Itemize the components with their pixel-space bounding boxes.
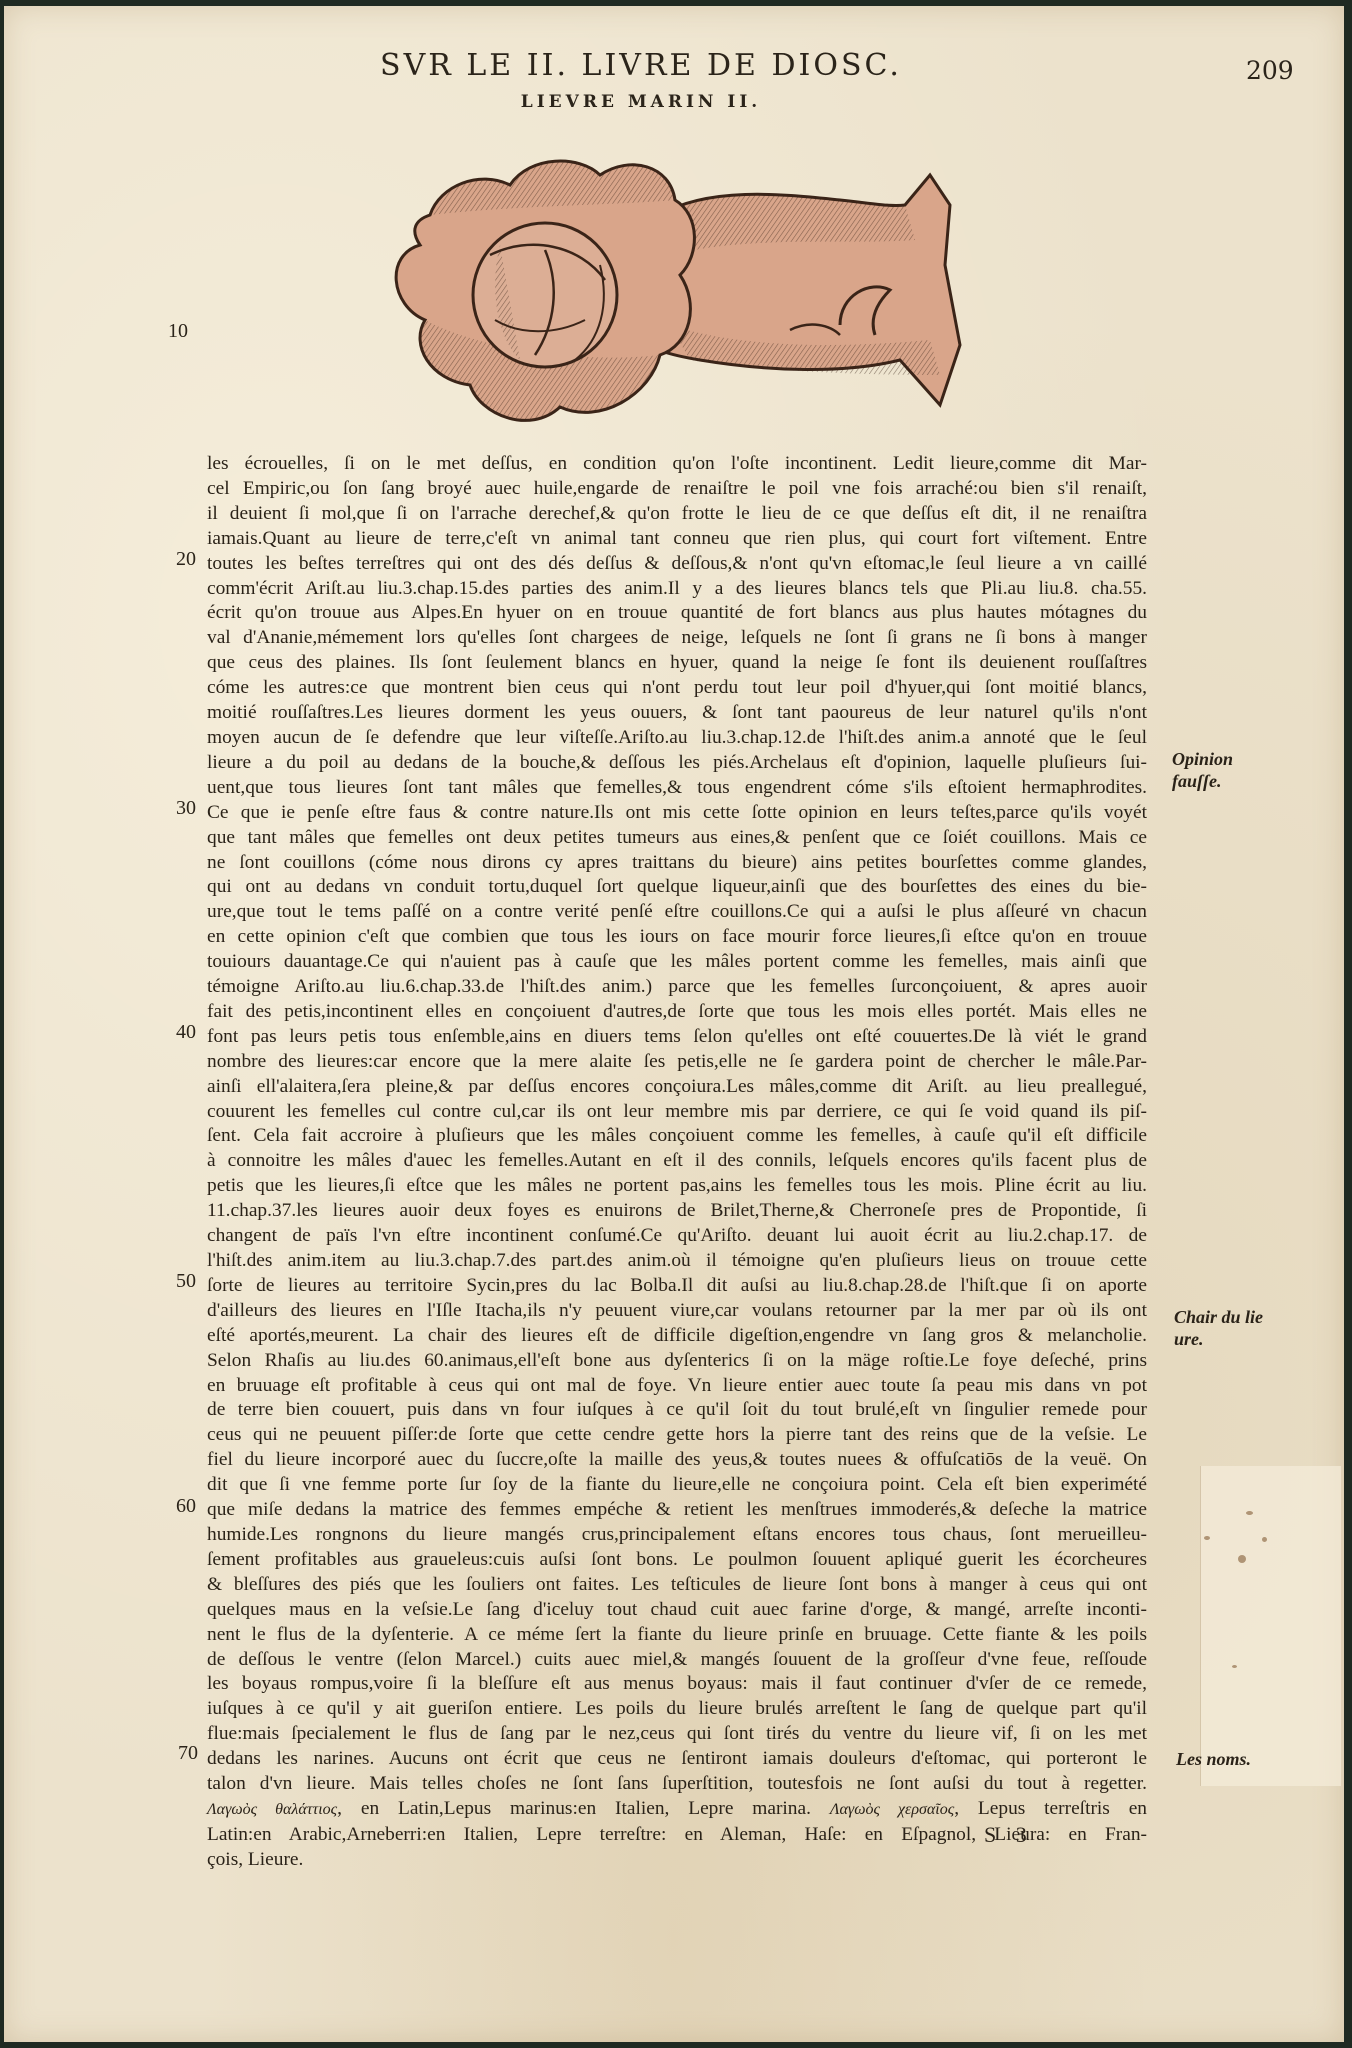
text-line: les boyaus rompus,voire ſi la bleſſure e…: [207, 1672, 1147, 1697]
greek-name: Λαγωὸς χερσαῖος: [830, 1801, 954, 1818]
text-line: nent le flus de la dyſenterie. A ce méme…: [207, 1623, 1147, 1648]
text-line: ſorte de lieures au territoire Sycin,pre…: [207, 1274, 1147, 1299]
text-line: fait des petis,incontinent elles en conç…: [207, 1000, 1147, 1025]
foxing-spot: [1246, 1511, 1253, 1515]
text-line: ſement profitables aus graueleus:cuis au…: [207, 1548, 1147, 1573]
text-line: comm'écrit Ariſt.au liu.3.chap.15.des pa…: [207, 577, 1147, 602]
text-line: & bleſſures des piés que les ſouliers on…: [207, 1573, 1147, 1598]
text-line: de deſſous le ventre (ſelon Marcel.) cui…: [207, 1648, 1147, 1673]
foxing-spot: [1232, 1665, 1237, 1668]
text-line: quelques maus en la veſsie.Le ſang d'ice…: [207, 1598, 1147, 1623]
text-line: petis que les lieures,ſi eſtce que les m…: [207, 1174, 1147, 1199]
signature-mark: S 3: [984, 1822, 1027, 1848]
text-line: que tant mâles que femelles ont deux pet…: [207, 826, 1147, 851]
text-line: talon d'vn lieure. Mais telles choſes ne…: [207, 1772, 1147, 1797]
names-line: çois, Lieure.: [207, 1848, 1147, 1873]
text-line: fiel du lieure incorporé auec du ſuccre,…: [207, 1448, 1147, 1473]
margin-line-number: 70: [178, 1742, 198, 1765]
text-line: ainſi ell'alaitera,ſera pleine,& par deſ…: [207, 1075, 1147, 1100]
text-line: dit que ſi vne femme porte ſur ſoy de la…: [207, 1473, 1147, 1498]
text-line: eſté aportés,meurent. La chair des lieur…: [207, 1324, 1147, 1349]
text-line: en cette opinion c'eſt que combien que t…: [207, 925, 1147, 950]
text-line: dedans les narines. Aucuns ont écrit que…: [207, 1747, 1147, 1772]
names-line: Λαγωὸς θαλάττιος, en Latin,Lepus marinus…: [207, 1797, 1147, 1823]
foxing-spot: [1204, 1536, 1210, 1540]
text-line: à connoitre les mâles d'auec les femelle…: [207, 1149, 1147, 1174]
foxing-spot: [1238, 1555, 1246, 1563]
text-line: témoigne Ariſto.au liu.6.chap.33.de l'hi…: [207, 975, 1147, 1000]
margin-line-number: 10: [168, 320, 188, 343]
sea-hare-woodcut-illustration: [370, 145, 970, 435]
text-line: touiours dauantage.Ce qui n'auient pas à…: [207, 950, 1147, 975]
margin-line-number: 30: [176, 797, 196, 820]
text-line: iuſques à ce qu'il y ait gueriſon entier…: [207, 1697, 1147, 1722]
margin-line-number: 40: [176, 1021, 196, 1044]
text-line: ſent. Cela fait accroire à pluſieurs que…: [207, 1124, 1147, 1149]
text-line: il deuient ſi mol,que ſi on l'arrache de…: [207, 502, 1147, 527]
text-line: lieure a du poil au dedans de la bouche,…: [207, 751, 1147, 776]
side-note-chair: Chair du lie ure.: [1174, 1306, 1263, 1350]
text-line: Ce que ie penſe eſtre faus & contre natu…: [207, 801, 1147, 826]
text-line: cóme les autres:ce que montrent bien ceu…: [207, 676, 1147, 701]
text-line: 11.chap.37.les lieures auoir deux foyes …: [207, 1199, 1147, 1224]
text-line: en bruuage eſt profitable à ceus qui ont…: [207, 1374, 1147, 1399]
text-line: cel Empiric,ou ſon ſang broyé auec huile…: [207, 477, 1147, 502]
text-line: ne ſont couillons (cóme nous dirons cy a…: [207, 851, 1147, 876]
text-line: ceus qui ne peuuent piſſer:de ſorte que …: [207, 1423, 1147, 1448]
text-line: humide.Les rongnons du lieure mangés cru…: [207, 1523, 1147, 1548]
body-text: les écrouelles, ſi on le met deſſus, en …: [207, 452, 1147, 1873]
text-line: toutes les beſtes terreſtres qui ont des…: [207, 552, 1147, 577]
side-note-noms: Les noms.: [1176, 1748, 1251, 1770]
text-line: uent,que tous lieures ſont tant mâles qu…: [207, 776, 1147, 801]
text-line: ure,que tout le tems paſſé on a contre v…: [207, 900, 1147, 925]
text-line: changent de païs l'vn eſtre incontinent …: [207, 1224, 1147, 1249]
text-line: flue:mais ſpecialement le flus de ſang p…: [207, 1722, 1147, 1747]
margin-line-number: 60: [176, 1495, 196, 1518]
text-line: les écrouelles, ſi on le met deſſus, en …: [207, 452, 1147, 477]
text-line: que ceus des plaines. Ils ſont ſeulement…: [207, 651, 1147, 676]
side-note-opinion: Opinion fauſſe.: [1172, 748, 1233, 792]
text-line: d'ailleurs des lieures en l'Iſle Itacha,…: [207, 1299, 1147, 1324]
text-line: l'hiſt.des anim.item au liu.3.chap.7.des…: [207, 1249, 1147, 1274]
text-line: que miſe dedans la matrice des femmes em…: [207, 1498, 1147, 1523]
text-line: font pas leurs petis tous enſemble,ains …: [207, 1025, 1147, 1050]
text-line: nombre des lieures:car encore que la mer…: [207, 1050, 1147, 1075]
text-line: val d'Ananie,mémement lors qu'elles ſont…: [207, 626, 1147, 651]
text-line: de terre bien couuert, puis dans vn four…: [207, 1398, 1147, 1423]
paper-repair-strip: [1200, 1466, 1341, 1786]
text-line: couurent les femelles cul contre cul,car…: [207, 1100, 1147, 1125]
margin-line-number: 20: [176, 548, 196, 571]
margin-line-number: 50: [176, 1270, 196, 1293]
section-title: LIEVRE MARIN II.: [0, 92, 1317, 112]
text-line: Selon Rhaſis au liu.des 60.animaus,ell'e…: [207, 1349, 1147, 1374]
running-title: SVR LE II. LIVRE DE DIOSC.: [0, 48, 1317, 83]
text-line: qui ont au dedans vn conduit tortu,duque…: [207, 875, 1147, 900]
text-line: iamais.Quant au lieure de terre,c'eſt vn…: [207, 527, 1147, 552]
page-number: 209: [1246, 56, 1294, 85]
text-line: écrit qu'on trouue aus Alpes.En hyuer on…: [207, 601, 1147, 626]
foxing-spot: [1262, 1537, 1267, 1542]
greek-name: Λαγωὸς θαλάττιος: [207, 1801, 337, 1818]
text-line: moyen aucun de ſe defendre que leur viſt…: [207, 726, 1147, 751]
text-line: moitié rouſſaſtres.Les lieures dorment l…: [207, 701, 1147, 726]
